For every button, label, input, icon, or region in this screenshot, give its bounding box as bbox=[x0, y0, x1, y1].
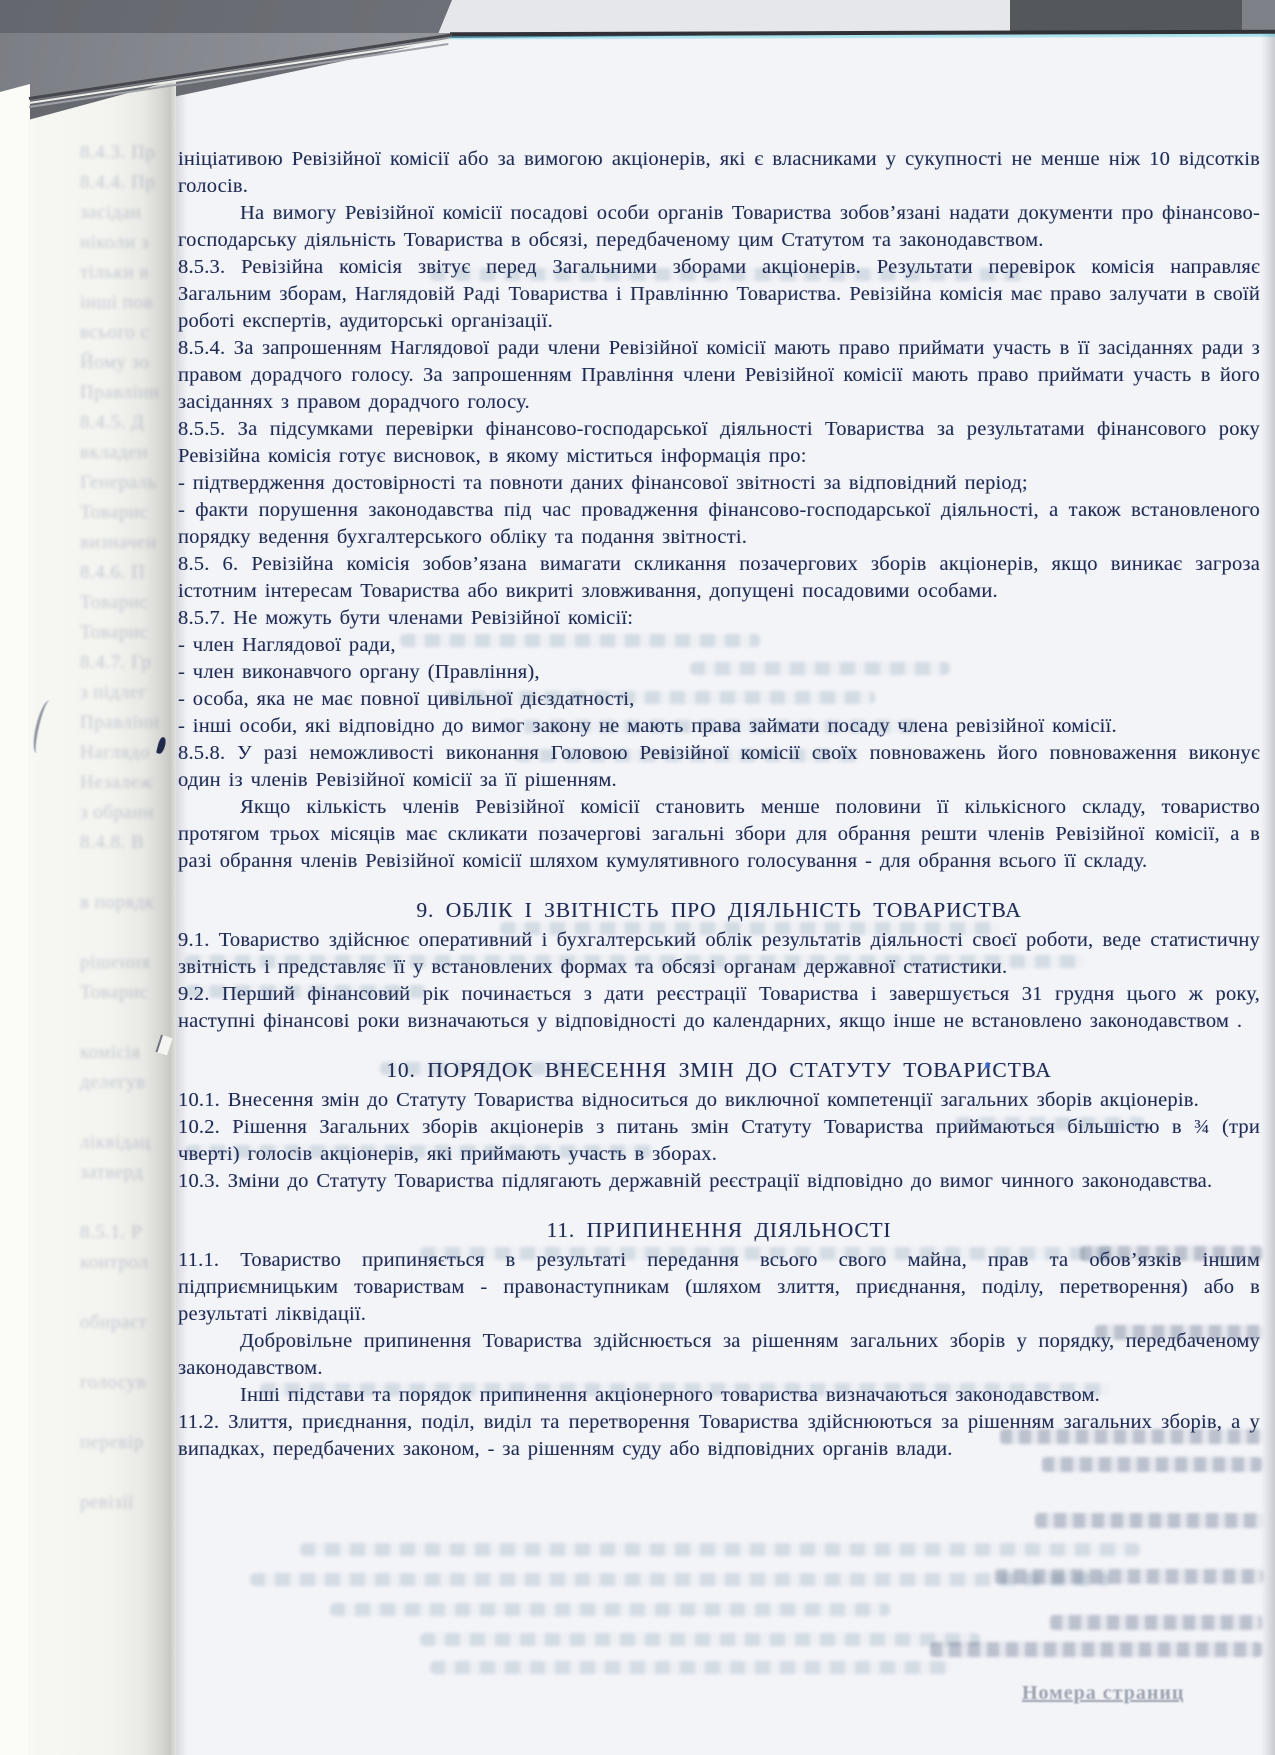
ink-speck bbox=[985, 1062, 990, 1069]
scanner-band-dark-area bbox=[1010, 0, 1242, 34]
prev-page-bleed-fragment bbox=[80, 922, 180, 946]
bleed-through-smudge bbox=[330, 1603, 890, 1616]
ink-smear bbox=[1035, 1513, 1263, 1528]
prev-page-bleed-fragment: 8.4.4. Пр bbox=[80, 172, 180, 196]
paragraph: 9.2. Перший фінансовий рік починається з… bbox=[178, 981, 1260, 1035]
scanned-document-page: 8.4.3. Пр8.4.4. Прзасіданніколи зтільки … bbox=[0, 0, 1275, 1755]
paragraph: - факти порушення законодавства під час … bbox=[178, 497, 1260, 551]
paragraph: - підтвердження достовірності та повноти… bbox=[178, 470, 1260, 497]
prev-page-bleed-fragment bbox=[80, 1102, 180, 1126]
prev-page-bleed-fragment: визначен bbox=[80, 532, 180, 556]
ink-smear bbox=[995, 1569, 1263, 1584]
prev-page-bleed-fragment: Товарис bbox=[80, 982, 180, 1006]
prev-page-bleed-fragment: перевір bbox=[80, 1432, 180, 1456]
page-right-edge-shadow bbox=[1261, 33, 1275, 1755]
prev-page-bleed-fragment: 8.4.7. Гр bbox=[80, 652, 180, 676]
section-heading: 10. ПОРЯДОК ВНЕСЕННЯ ЗМІН ДО СТАТУТУ ТОВ… bbox=[178, 1057, 1260, 1084]
prev-page-bleed-fragment: 8.4.3. Пр bbox=[80, 142, 180, 166]
prev-page-bleed-fragment: Товарис bbox=[80, 622, 180, 646]
bleed-through-smudge bbox=[300, 1543, 1140, 1556]
section-heading: 9. ОБЛІК І ЗВІТНІСТЬ ПРО ДІЯЛЬНІСТЬ ТОВА… bbox=[178, 897, 1260, 924]
paragraph: 8.5.4. За запрошенням Наглядової ради чл… bbox=[178, 335, 1260, 416]
ink-smear bbox=[1050, 1615, 1262, 1630]
prev-page-bleed-fragment: ніколи з bbox=[80, 232, 180, 256]
prev-page-bleed-fragment: в порядк bbox=[80, 892, 180, 916]
paragraph: ініціативою Ревізійної комісії або за ви… bbox=[178, 146, 1260, 200]
prev-page-bleed-fragment: Правлінн bbox=[80, 382, 180, 406]
prev-page-bleed-fragment: 8.5.1. Р bbox=[80, 1222, 180, 1246]
prev-page-bleed-fragment: вкладен bbox=[80, 442, 180, 466]
ink-smear bbox=[1080, 1246, 1262, 1261]
prev-page-bleed-fragment: голосув bbox=[80, 1372, 180, 1396]
prev-page-bleed-fragment: 8.4.5. Д bbox=[80, 412, 180, 436]
prev-page-bleed-fragment: Правлінн bbox=[80, 712, 180, 736]
prev-page-bleed-fragment: Генераль bbox=[80, 472, 180, 496]
paragraph: - член виконавчого органу (Правління), bbox=[178, 659, 1260, 686]
ink-smear bbox=[1042, 1457, 1262, 1472]
paragraph: - особа, яка не має повної цивільної діє… bbox=[178, 686, 1260, 713]
prev-page-bleed-fragment: ліквідац bbox=[80, 1132, 180, 1156]
prev-page-bleed-fragment bbox=[80, 1192, 180, 1216]
ghost-caption-text: Номера страниц bbox=[1022, 1682, 1242, 1705]
prev-page-bleed-fragment: 8.4.8. В bbox=[80, 832, 180, 856]
paragraph: 10.2. Рішення Загальних зборів акціонері… bbox=[178, 1114, 1260, 1168]
paragraph: 8.5. 6. Ревізійна комісія зобов’язана ви… bbox=[178, 551, 1260, 605]
paragraph: 8.5.5. За підсумками перевірки фінансово… bbox=[178, 416, 1260, 470]
prev-page-bleed-fragment: Товарис bbox=[80, 592, 180, 616]
ink-smear bbox=[1095, 1325, 1263, 1340]
paragraph: 10.1. Внесення змін до Статуту Товариств… bbox=[178, 1087, 1260, 1114]
paragraph: На вимогу Ревізійної комісії посадові ос… bbox=[178, 200, 1260, 254]
prev-page-bleed-fragment: Незалеж bbox=[80, 772, 180, 796]
previous-page-bleed-text: 8.4.3. Пр8.4.4. Прзасіданніколи зтільки … bbox=[28, 80, 176, 1755]
paragraph: Інші підстави та порядок припинення акці… bbox=[178, 1382, 1260, 1409]
paragraph: 8.5.7. Не можуть бути членами Ревізійної… bbox=[178, 605, 1260, 632]
bleed-through-smudge bbox=[430, 1661, 950, 1674]
paragraph: 8.5.3. Ревізійна комісія звітує перед За… bbox=[178, 254, 1260, 335]
prev-page-bleed-fragment bbox=[80, 1462, 180, 1486]
prev-page-bleed-fragment: 8.4.6. П bbox=[80, 562, 180, 586]
prev-page-bleed-fragment: інші пов bbox=[80, 292, 180, 316]
ink-smear bbox=[930, 1642, 1262, 1657]
paragraph: 10.3. Зміни до Статуту Товариства підляг… bbox=[178, 1168, 1260, 1195]
prev-page-bleed-fragment bbox=[80, 1282, 180, 1306]
paragraph: Якщо кількість членів Ревізійної комісії… bbox=[178, 794, 1260, 875]
prev-page-bleed-fragment: Йому зо bbox=[80, 352, 180, 376]
ink-smear bbox=[1000, 1429, 1262, 1444]
prev-page-bleed-fragment: делегув bbox=[80, 1072, 180, 1096]
prev-page-bleed-fragment: з обранн bbox=[80, 802, 180, 826]
prev-page-bleed-fragment bbox=[80, 1012, 180, 1036]
prev-page-bleed-fragment: всього с bbox=[80, 322, 180, 346]
prev-page-bleed-fragment bbox=[80, 862, 180, 886]
bleed-through-smudge bbox=[420, 1633, 980, 1646]
prev-page-bleed-fragment: затверд bbox=[80, 1162, 180, 1186]
prev-page-bleed-fragment: тільки в bbox=[80, 262, 180, 286]
bleed-through-smudge bbox=[250, 1573, 1110, 1586]
previous-page-edge: 8.4.3. Пр8.4.4. Прзасіданніколи зтільки … bbox=[28, 80, 176, 1755]
prev-page-bleed-fragment: контрол bbox=[80, 1252, 180, 1276]
prev-page-bleed-fragment: рішення bbox=[80, 952, 180, 976]
paragraph: 9.1. Товариство здійснює оперативний і б… bbox=[178, 927, 1260, 981]
prev-page-bleed-fragment bbox=[80, 1342, 180, 1366]
paragraph: 8.5.8. У разі неможливості виконання Гол… bbox=[178, 740, 1260, 794]
prev-page-bleed-fragment: засідан bbox=[80, 202, 180, 226]
prev-page-bleed-fragment: ревізії bbox=[80, 1492, 180, 1516]
prev-page-bleed-fragment: Товарис bbox=[80, 502, 180, 526]
scanner-bed-strip bbox=[0, 84, 30, 1755]
paragraph: - інші особи, які відповідно до вимог за… bbox=[178, 713, 1260, 740]
section-heading: 11. ПРИПИНЕННЯ ДІЯЛЬНОСТІ bbox=[178, 1217, 1260, 1244]
prev-page-bleed-fragment: обираєт bbox=[80, 1312, 180, 1336]
prev-page-bleed-fragment bbox=[80, 1402, 180, 1426]
page-text: ініціативою Ревізійної комісії або за ви… bbox=[178, 146, 1260, 1463]
prev-page-bleed-fragment: з підлег bbox=[80, 682, 180, 706]
paragraph: - член Наглядової ради, bbox=[178, 632, 1260, 659]
scanner-band-light-area bbox=[438, 0, 1010, 34]
